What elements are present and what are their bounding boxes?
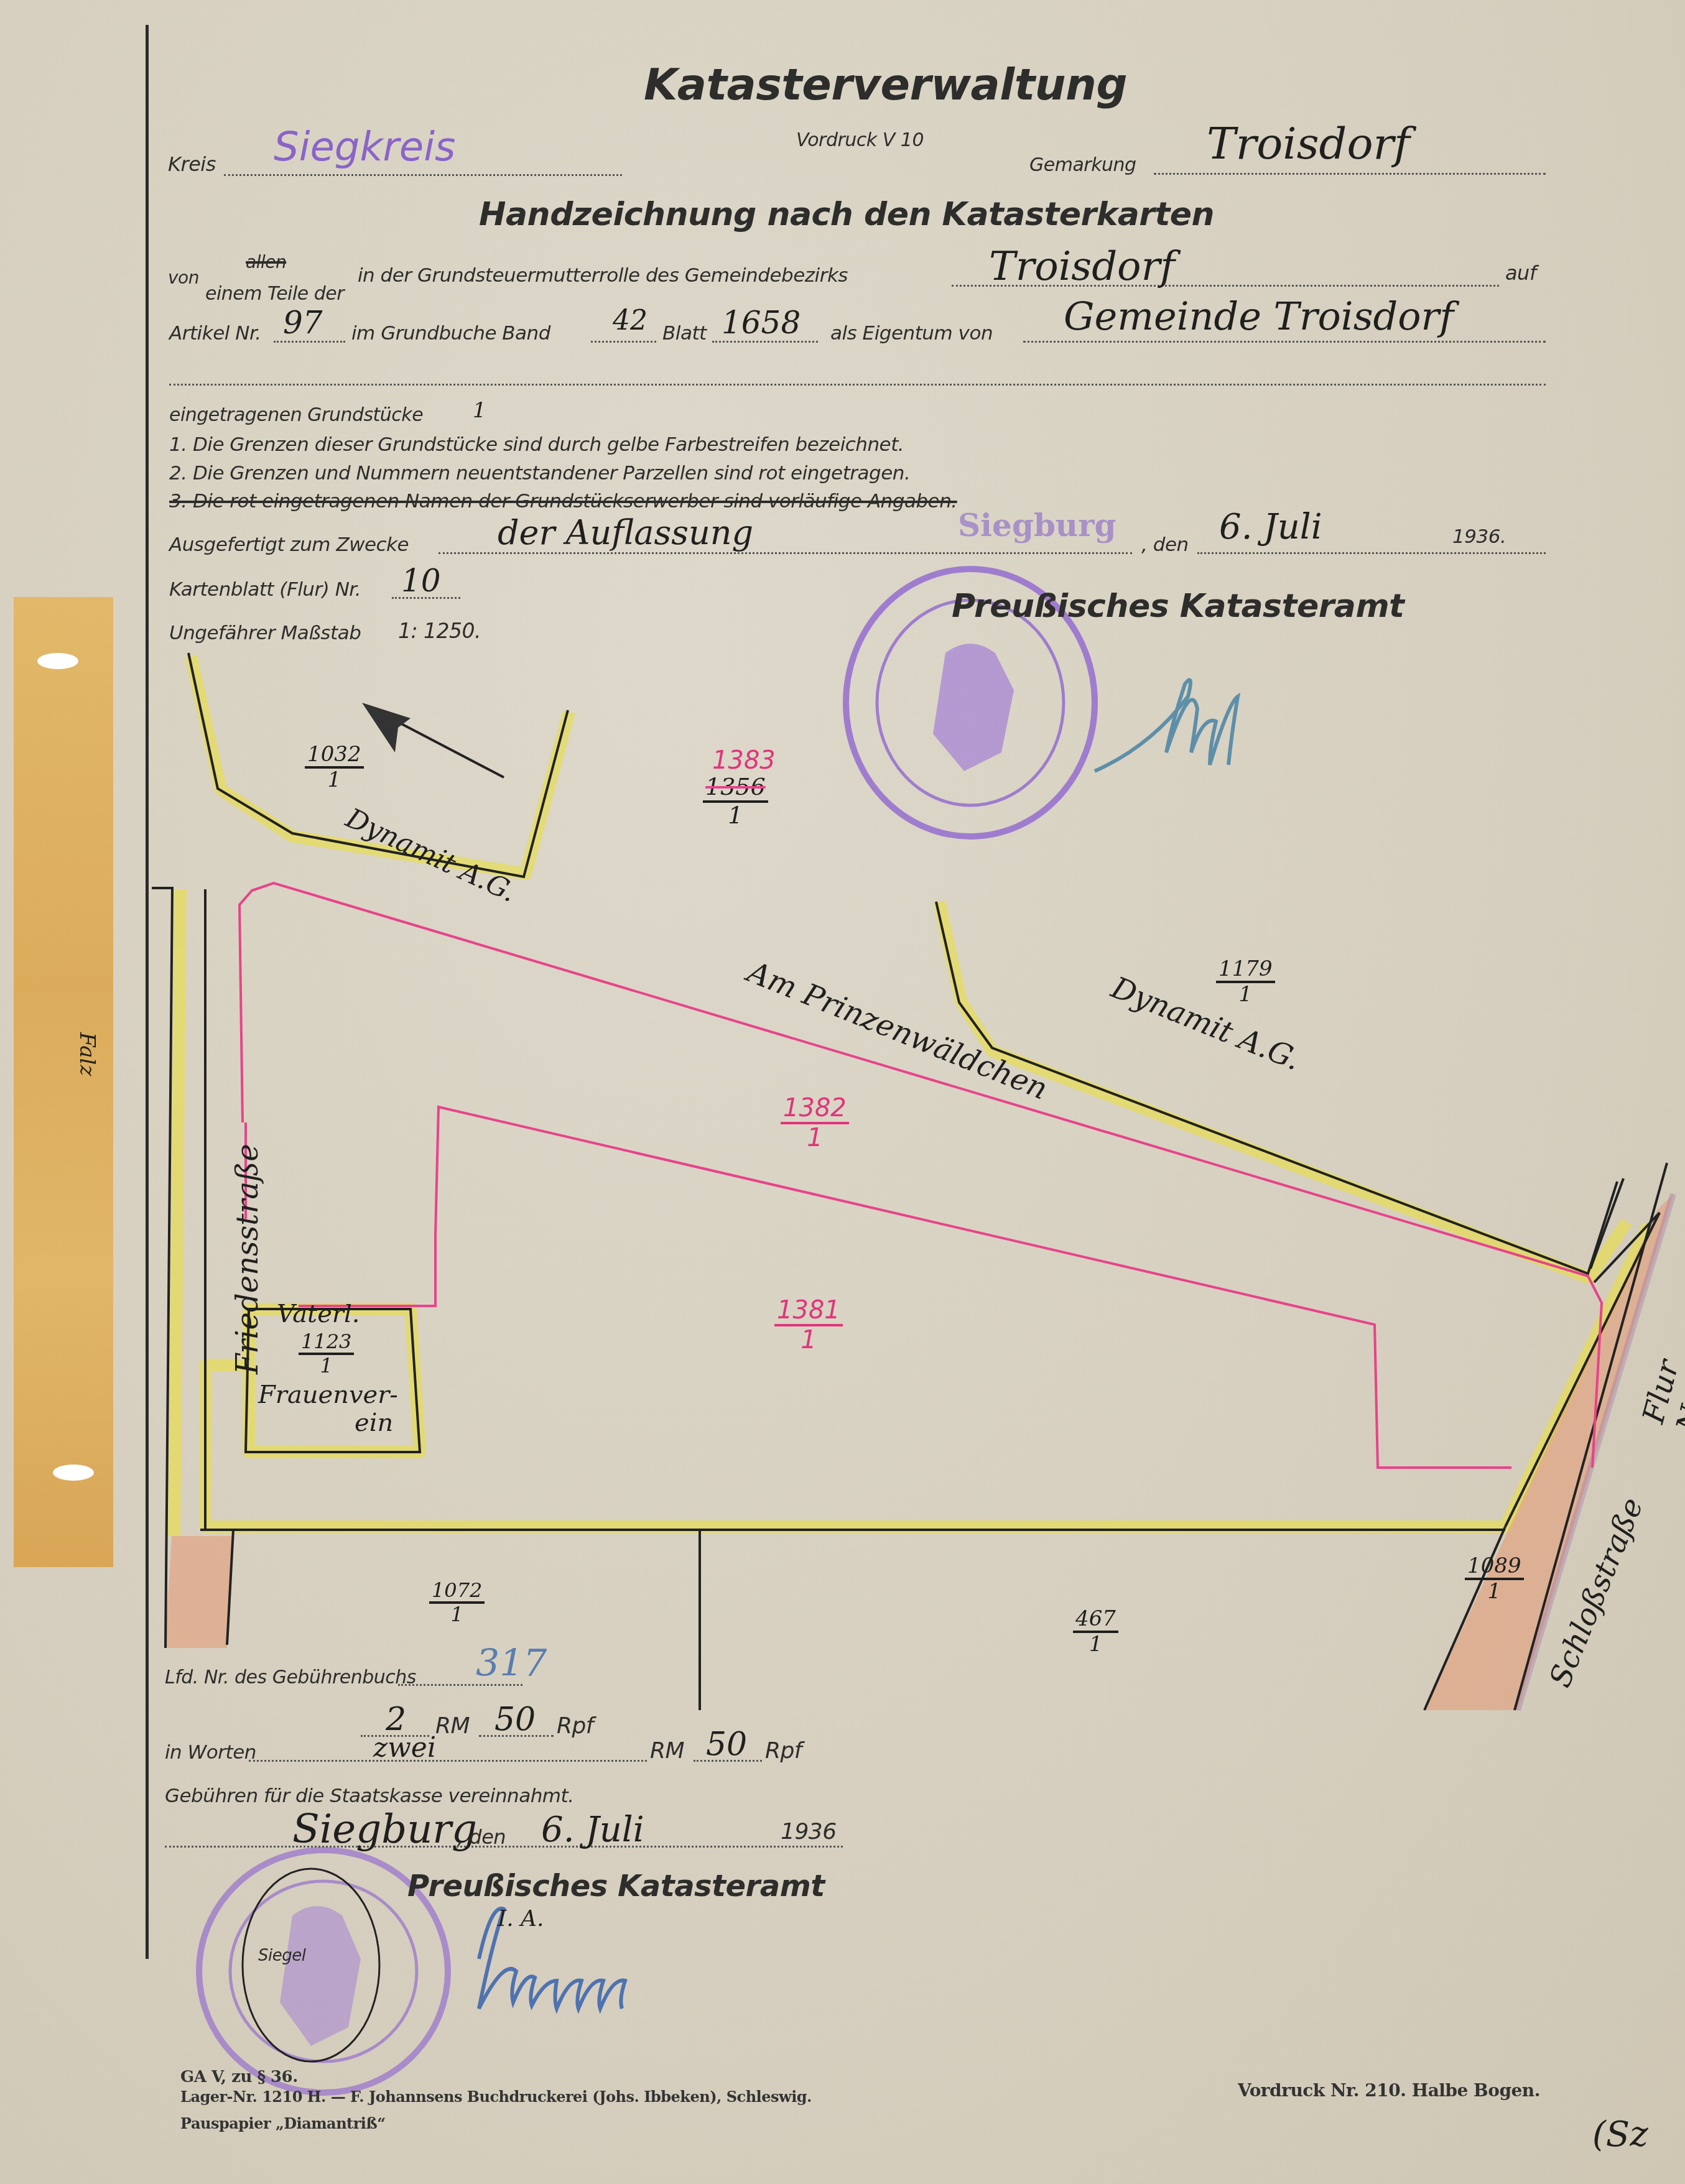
parcel-1123: 1123 1 — [299, 1331, 354, 1377]
parcel-sub: 1 — [703, 803, 768, 829]
parcel-sub: 1 — [1465, 1580, 1524, 1603]
worten-rm-label: RM — [650, 1738, 684, 1764]
parcel-number: 1381 — [774, 1297, 843, 1326]
fees-place: Siegburg — [292, 1807, 477, 1853]
parcel-1382: 1382 1 — [781, 1094, 849, 1152]
ia-label: I. A. — [498, 1906, 544, 1932]
street-friedensstrasse: Friedensstraße — [230, 1144, 265, 1374]
parcel-1381: 1381 1 — [774, 1297, 843, 1354]
staatskasse-note: Gebühren für die Staatskasse vereinnahmt… — [165, 1785, 574, 1807]
worten-field-line — [249, 1760, 647, 1762]
worten-rpf-label: Rpf — [765, 1738, 802, 1764]
parcel-number: 1179 — [1216, 958, 1275, 983]
parcel-number: 467 — [1073, 1608, 1118, 1633]
siegel-label: Siegel — [258, 1946, 305, 1965]
worten-value: zwei — [373, 1732, 436, 1764]
parcel-467: 467 1 — [1073, 1608, 1118, 1657]
parcel-number: 1089 — [1465, 1555, 1524, 1580]
fees-date: 6. Juli — [541, 1810, 644, 1850]
lfd-value: 317 — [476, 1642, 547, 1685]
owner-frauenverein-1: Frauenver- — [258, 1381, 398, 1409]
parcel-sub: 1 — [1073, 1633, 1118, 1656]
cadastral-map — [0, 0, 1685, 2184]
worten-label: in Worten — [165, 1741, 256, 1764]
parcel-number: 1123 — [299, 1331, 354, 1355]
footer-form-number: Vordruck Nr. 210. Halbe Bogen. — [1238, 2080, 1540, 2101]
parcel-sub: 1 — [1216, 983, 1275, 1006]
footer-initials: (Sz — [1592, 2114, 1648, 2155]
worten-rpf: 50 — [706, 1726, 747, 1763]
fees-den-label: , den — [457, 1825, 506, 1849]
owner-frauenverein-2: ein — [355, 1409, 393, 1437]
footer-ga: GA V, zu § 36. — [180, 2068, 298, 2086]
lfd-label: Lfd. Nr. des Gebührenbuchs — [165, 1667, 416, 1688]
parcel-1072: 1072 1 — [429, 1580, 485, 1626]
parcel-sub: 1 — [429, 1604, 485, 1626]
parcel-1179: 1179 1 — [1216, 958, 1275, 1007]
fees-year: 1936 — [781, 1819, 837, 1844]
parcel-number: 1032 — [305, 743, 364, 769]
parcel-number: 1072 — [429, 1580, 485, 1604]
parcel-1032: 1032 1 — [305, 743, 364, 792]
office-title-bottom: Preußisches Katasteramt — [407, 1869, 825, 1904]
rm-label: RM — [435, 1713, 470, 1739]
footer-printer: Lager-Nr. 1210 H. — F. Johannsens Buchdr… — [180, 2088, 812, 2106]
footer-paper: Pauspapier „Diamantriß“ — [180, 2114, 385, 2132]
parcel-number-struck: 1356 — [703, 774, 768, 803]
owner-vaterl: Vaterl. — [277, 1300, 360, 1328]
parcel-1383: 1383 — [712, 746, 776, 775]
parcel-sub: 1 — [774, 1326, 843, 1354]
parcel-number: 1382 — [781, 1094, 849, 1124]
parcel-sub: 1 — [299, 1355, 354, 1377]
parcel-1356-struck: 1356 1 — [703, 774, 768, 829]
rpf-label: Rpf — [557, 1713, 593, 1739]
amount-rpf: 50 — [494, 1701, 536, 1738]
parcel-sub: 1 — [781, 1124, 849, 1152]
parcel-1089: 1089 1 — [1465, 1555, 1524, 1604]
parcel-sub: 1 — [305, 769, 364, 792]
